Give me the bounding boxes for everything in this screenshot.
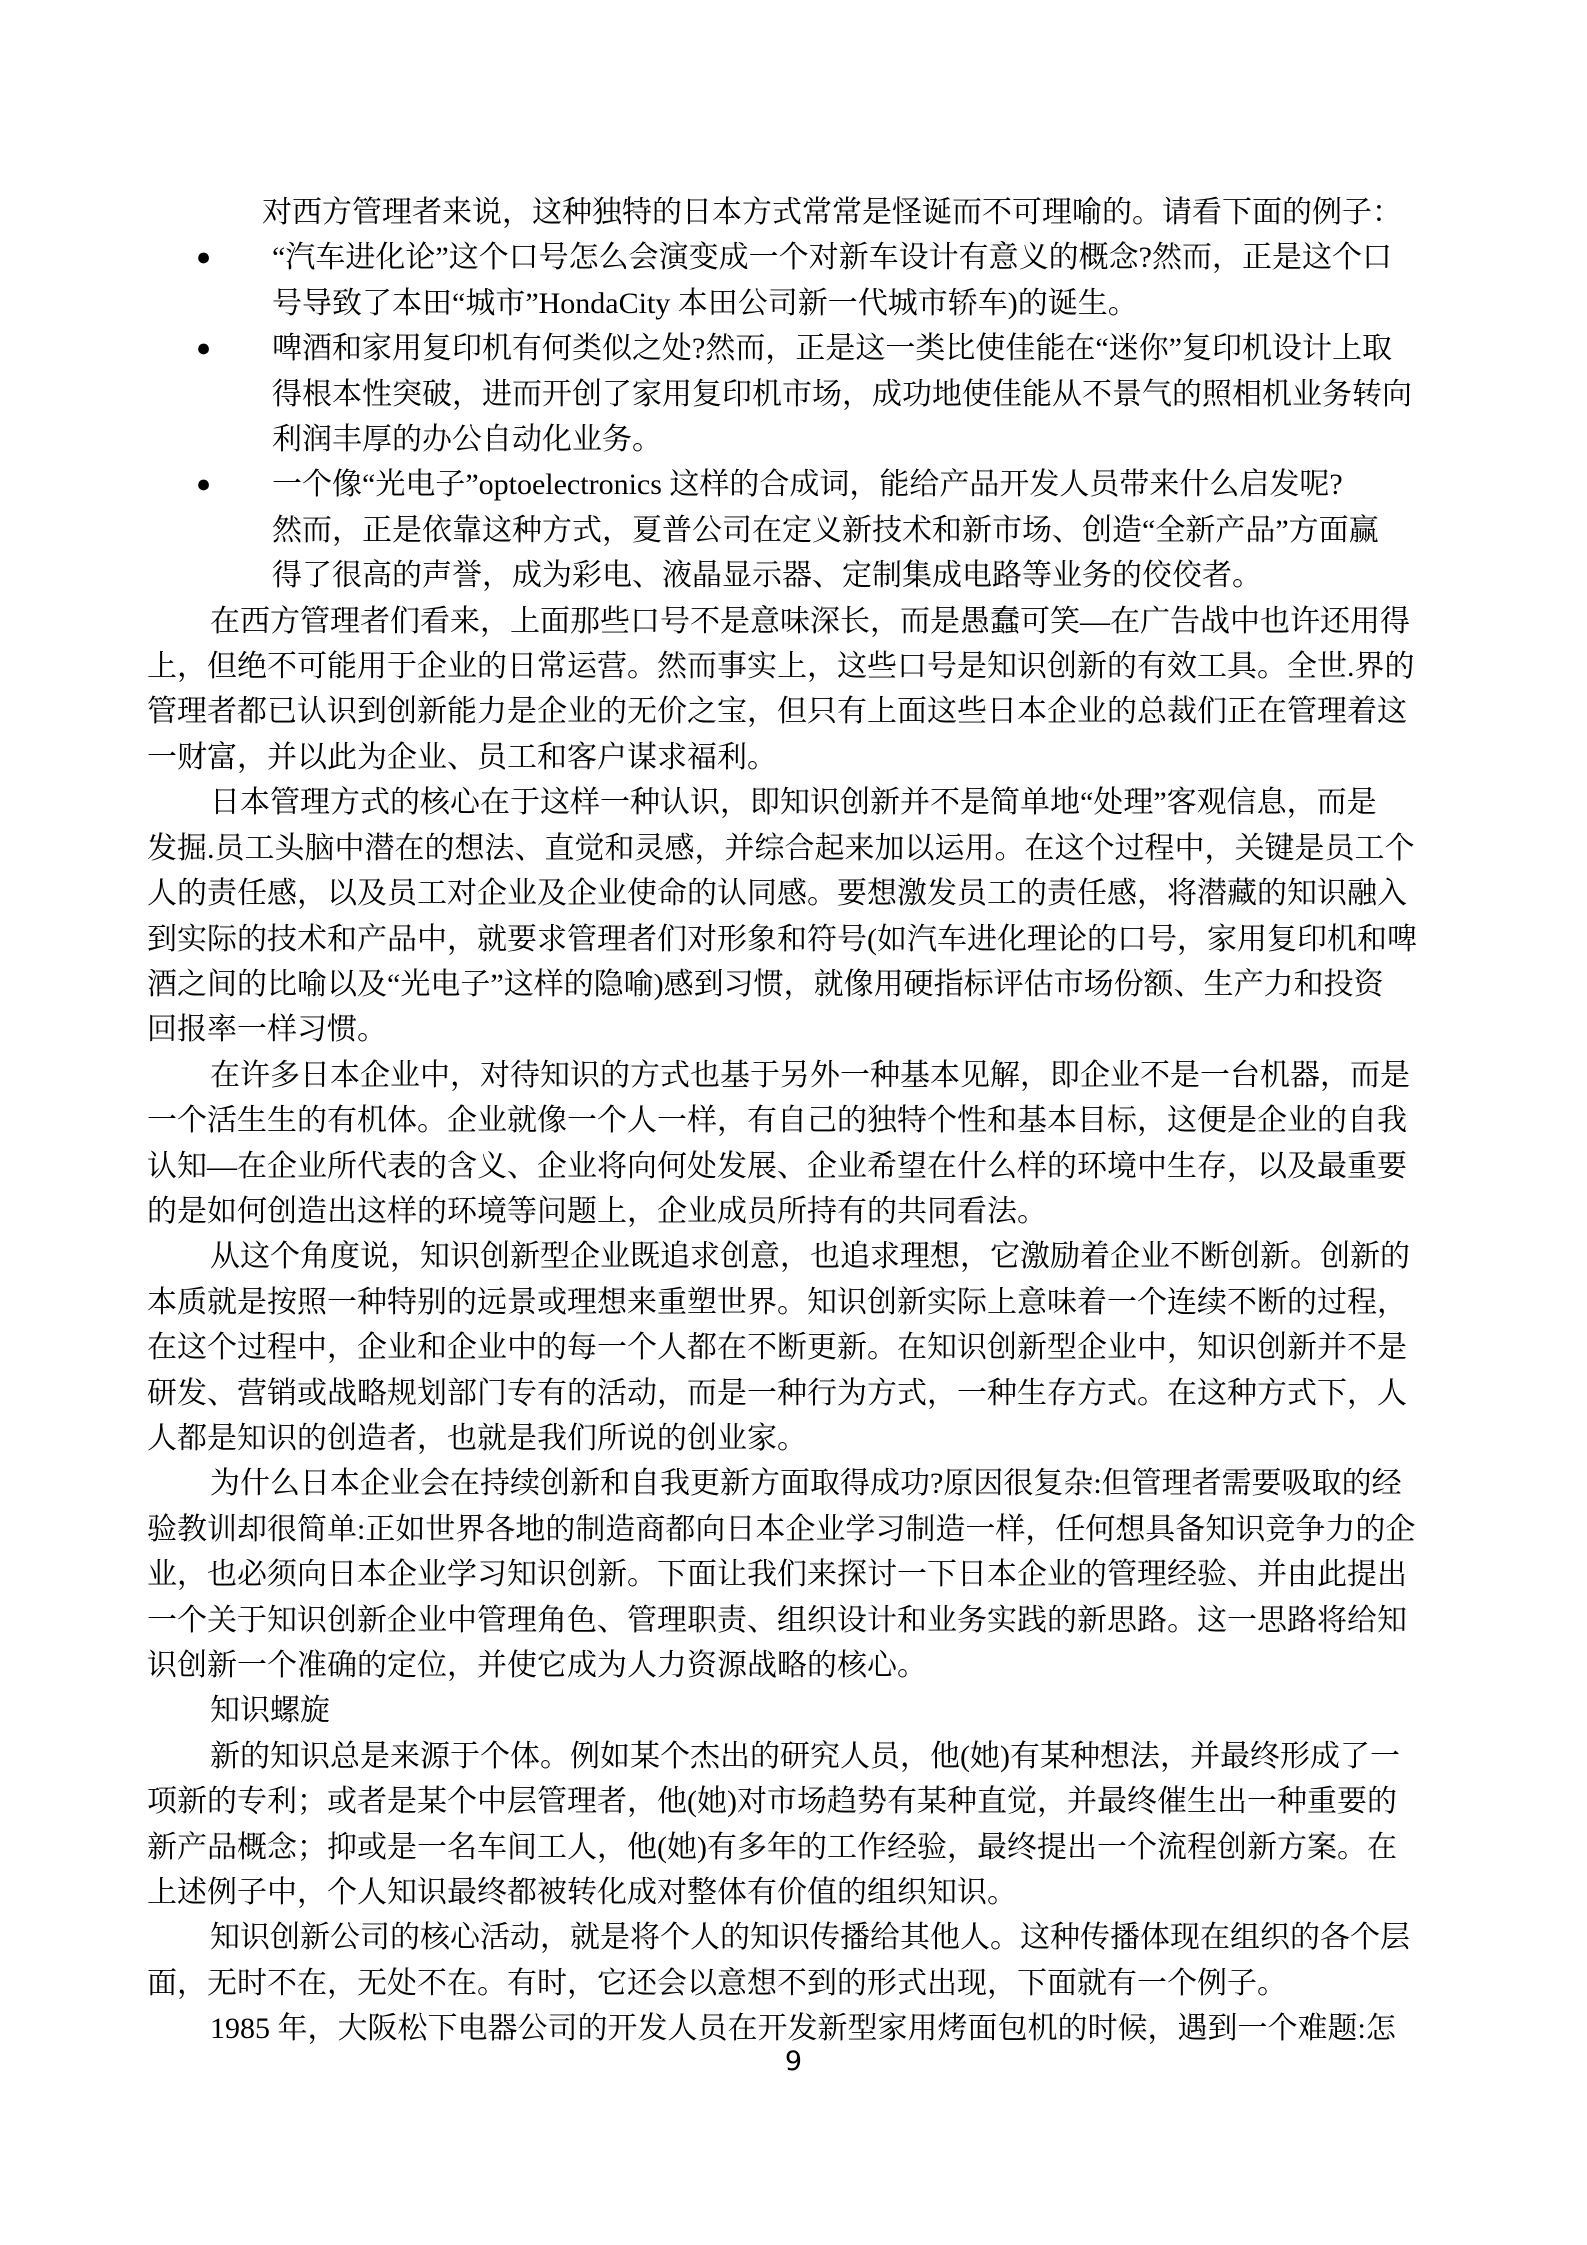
bullet-text-line: ●一个像“光电子”optoelectronics 这样的合成词，能给产品开发人员… <box>147 462 1477 507</box>
text-line: 到实际的技术和产品中，就要求管理者们对形象和符号(如汽车进化理论的口号，家用复印… <box>147 917 1477 962</box>
text-line: 业，也必须向日本企业学习知识创新。下面让我们来探讨一下日本企业的管理经验、并由此… <box>147 1552 1477 1597</box>
line-text: 一财富，并以此为企业、员工和客户谋求福利。 <box>147 741 777 774</box>
text-line: 在西方管理者们看来，上面那些口号不是意味深长，而是愚蠢可笑—在广告战中也许还用得 <box>147 599 1477 644</box>
line-text: 啤酒和家用复印机有何类似之处?然而，正是这一类比使佳能在“迷你”复印机设计上取 <box>272 332 1392 365</box>
text-line: 从这个角度说，知识创新型企业既追求创意，也追求理想，它激励着企业不断创新。创新的 <box>147 1234 1477 1279</box>
text-line: 一个关于知识创新企业中管理角色、管理职责、组织设计和业务实践的新思路。这一思路将… <box>147 1598 1477 1643</box>
bullet-text-line: ●“汽车进化论”这个口号怎么会演变成一个对新车设计有意义的概念?然而，正是这个口 <box>147 235 1477 280</box>
line-text: 本质就是按照一种特别的远景或理想来重塑世界。知识创新实际上意味着一个连续不断的过… <box>147 1286 1407 1319</box>
page-body-text: 对西方管理者来说，这种独特的日本方式常常是怪诞而不可理喻的。请看下面的例子：●“… <box>147 190 1477 2052</box>
line-text: 研发、营销或战略规划部门专有的活动，而是一种行为方式，一种生存方式。在这种方式下… <box>147 1377 1407 1410</box>
text-line: 研发、营销或战略规划部门专有的活动，而是一种行为方式，一种生存方式。在这种方式下… <box>147 1371 1477 1416</box>
text-line: 人的责任感，以及员工对企业及企业使命的认同感。要想激发员工的责任感，将潜藏的知识… <box>147 871 1477 916</box>
bullet-text-line: ●啤酒和家用复印机有何类似之处?然而，正是这一类比使佳能在“迷你”复印机设计上取 <box>147 326 1477 371</box>
line-text: 认知—在企业所代表的含义、企业将向何处发展、企业希望在什么样的环境中生存，以及最… <box>147 1150 1407 1183</box>
text-line: 上，但绝不可能用于企业的日常运营。然而事实上，这些口号是知识创新的有效工具。全世… <box>147 644 1477 689</box>
line-text: 管理者都已认识到创新能力是企业的无价之宝，但只有上面这些日本企业的总裁们正在管理… <box>147 695 1407 728</box>
bullet-icon: ● <box>196 462 211 507</box>
line-text: 然而，正是依靠这种方式，夏普公司在定义新技术和新市场、创造“全新产品”方面赢 <box>272 514 1379 547</box>
line-text: 识创新一个准确的定位，并使它成为人力资源战略的核心。 <box>147 1649 927 1682</box>
line-text: 日本管理方式的核心在于这样一种认识，即知识创新并不是简单地“处理”客观信息，而是 <box>210 786 1377 819</box>
text-line: 对西方管理者来说，这种独特的日本方式常常是怪诞而不可理喻的。请看下面的例子： <box>147 190 1477 235</box>
line-text: 在这个过程中，企业和企业中的每一个人都在不断更新。在知识创新型企业中，知识创新并… <box>147 1331 1407 1364</box>
line-text: 回报率一样习惯。 <box>147 1013 387 1046</box>
bullet-text-line: 号导致了本田“城市”HondaCity 本田公司新一代城市轿车)的诞生。 <box>147 281 1477 326</box>
line-text: 新产品概念；抑或是一名车间工人，他(她)有多年的工作经验，最终提出一个流程创新方… <box>147 1831 1397 1864</box>
line-text: 得根本性突破，进而开创了家用复印机市场，成功地使佳能从不景气的照相机业务转向 <box>272 378 1412 411</box>
line-text: 发掘.员工头脑中潜在的想法、直觉和灵感，并综合起来加以运用。在这个过程中，关键是… <box>147 832 1415 865</box>
text-line: 为什么日本企业会在持续创新和自我更新方面取得成功?原因很复杂:但管理者需要吸取的… <box>147 1461 1477 1506</box>
line-text: 知识螺旋 <box>210 1694 330 1727</box>
bullet-text-line: 得根本性突破，进而开创了家用复印机市场，成功地使佳能从不景气的照相机业务转向 <box>147 372 1477 417</box>
text-line: 项新的专利；或者是某个中层管理者，他(她)对市场趋势有某种直觉，并最终催生出一种… <box>147 1779 1477 1824</box>
text-line: 日本管理方式的核心在于这样一种认识，即知识创新并不是简单地“处理”客观信息，而是 <box>147 780 1477 825</box>
page-number: 9 <box>0 2046 1587 2078</box>
line-text: “汽车进化论”这个口号怎么会演变成一个对新车设计有意义的概念?然而，正是这个口 <box>272 241 1392 274</box>
text-line: 的是如何创造出这样的环境等问题上，企业成员所持有的共同看法。 <box>147 1189 1477 1234</box>
line-text: 酒之间的比喻以及“光电子”这样的隐喻)感到习惯，就像用硬指标评估市场份额、生产力… <box>147 968 1384 1001</box>
line-text: 项新的专利；或者是某个中层管理者，他(她)对市场趋势有某种直觉，并最终催生出一种… <box>147 1785 1397 1818</box>
line-text: 一个关于知识创新企业中管理角色、管理职责、组织设计和业务实践的新思路。这一思路将… <box>147 1604 1407 1637</box>
text-line: 一财富，并以此为企业、员工和客户谋求福利。 <box>147 735 1477 780</box>
document-page: 对西方管理者来说，这种独特的日本方式常常是怪诞而不可理喻的。请看下面的例子：●“… <box>0 0 1587 2245</box>
line-text: 对西方管理者来说，这种独特的日本方式常常是怪诞而不可理喻的。请看下面的例子： <box>262 196 1402 229</box>
line-text: 到实际的技术和产品中，就要求管理者们对形象和符号(如汽车进化理论的口号，家用复印… <box>147 923 1417 956</box>
line-text: 一个像“光电子”optoelectronics 这样的合成词，能给产品开发人员带… <box>272 468 1343 501</box>
bullet-icon: ● <box>196 235 211 280</box>
text-line: 人都是知识的创造者，也就是我们所说的创业家。 <box>147 1416 1477 1461</box>
text-line: 回报率一样习惯。 <box>147 1007 1477 1052</box>
text-line: 在许多日本企业中，对待知识的方式也基于另外一种基本见解，即企业不是一台机器，而是 <box>147 1053 1477 1098</box>
line-text: 在许多日本企业中，对待知识的方式也基于另外一种基本见解，即企业不是一台机器，而是 <box>210 1059 1410 1092</box>
text-line: 新的知识总是来源于个体。例如某个杰出的研究人员，他(她)有某种想法，并最终形成了… <box>147 1734 1477 1779</box>
text-line: 认知—在企业所代表的含义、企业将向何处发展、企业希望在什么样的环境中生存，以及最… <box>147 1144 1477 1189</box>
line-text: 得了很高的声誉，成为彩电、液晶显示器、定制集成电路等业务的佼佼者。 <box>272 559 1262 592</box>
line-text: 的是如何创造出这样的环境等问题上，企业成员所持有的共同看法。 <box>147 1195 1047 1228</box>
text-line: 知识创新公司的核心活动，就是将个人的知识传播给其他人。这种传播体现在组织的各个层 <box>147 1915 1477 1960</box>
bullet-text-line: 然而，正是依靠这种方式，夏普公司在定义新技术和新市场、创造“全新产品”方面赢 <box>147 508 1477 553</box>
text-line: 上述例子中，个人知识最终都被转化成对整体有价值的组织知识。 <box>147 1870 1477 1915</box>
text-line: 发掘.员工头脑中潜在的想法、直觉和灵感，并综合起来加以运用。在这个过程中，关键是… <box>147 826 1477 871</box>
text-line: 1985 年，大阪松下电器公司的开发人员在开发新型家用烤面包机的时候，遇到一个难… <box>147 2006 1477 2051</box>
bullet-text-line: 得了很高的声誉，成为彩电、液晶显示器、定制集成电路等业务的佼佼者。 <box>147 553 1477 598</box>
text-line: 酒之间的比喻以及“光电子”这样的隐喻)感到习惯，就像用硬指标评估市场份额、生产力… <box>147 962 1477 1007</box>
text-line: 在这个过程中，企业和企业中的每一个人都在不断更新。在知识创新型企业中，知识创新并… <box>147 1325 1477 1370</box>
text-line: 本质就是按照一种特别的远景或理想来重塑世界。知识创新实际上意味着一个连续不断的过… <box>147 1280 1477 1325</box>
line-text: 业，也必须向日本企业学习知识创新。下面让我们来探讨一下日本企业的管理经验、并由此… <box>147 1558 1407 1591</box>
line-text: 面，无时不在，无处不在。有时，它还会以意想不到的形式出现，下面就有一个例子。 <box>147 1967 1287 2000</box>
text-line: 新产品概念；抑或是一名车间工人，他(她)有多年的工作经验，最终提出一个流程创新方… <box>147 1825 1477 1870</box>
line-text: 知识创新公司的核心活动，就是将个人的知识传播给其他人。这种传播体现在组织的各个层 <box>210 1921 1410 1954</box>
line-text: 上述例子中，个人知识最终都被转化成对整体有价值的组织知识。 <box>147 1876 1017 1909</box>
line-text: 在西方管理者们看来，上面那些口号不是意味深长，而是愚蠢可笑—在广告战中也许还用得 <box>210 605 1410 638</box>
line-text: 人都是知识的创造者，也就是我们所说的创业家。 <box>147 1422 807 1455</box>
text-line: 面，无时不在，无处不在。有时，它还会以意想不到的形式出现，下面就有一个例子。 <box>147 1961 1477 2006</box>
line-text: 新的知识总是来源于个体。例如某个杰出的研究人员，他(她)有某种想法，并最终形成了… <box>210 1740 1400 1773</box>
line-text: 为什么日本企业会在持续创新和自我更新方面取得成功?原因很复杂:但管理者需要吸取的… <box>210 1467 1402 1500</box>
text-line: 识创新一个准确的定位，并使它成为人力资源战略的核心。 <box>147 1643 1477 1688</box>
bullet-icon: ● <box>196 326 211 371</box>
line-text: 号导致了本田“城市”HondaCity 本田公司新一代城市轿车)的诞生。 <box>272 287 1138 320</box>
bullet-text-line: 利润丰厚的办公自动化业务。 <box>147 417 1477 462</box>
line-text: 从这个角度说，知识创新型企业既追求创意，也追求理想，它激励着企业不断创新。创新的 <box>210 1240 1410 1273</box>
text-line: 管理者都已认识到创新能力是企业的无价之宝，但只有上面这些日本企业的总裁们正在管理… <box>147 689 1477 734</box>
line-text: 上，但绝不可能用于企业的日常运营。然而事实上，这些口号是知识创新的有效工具。全世… <box>147 650 1415 683</box>
line-text: 人的责任感，以及员工对企业及企业使命的认同感。要想激发员工的责任感，将潜藏的知识… <box>147 877 1407 910</box>
line-text: 利润丰厚的办公自动化业务。 <box>272 423 662 456</box>
line-text: 一个活生生的有机体。企业就像一个人一样，有自己的独特个性和基本目标，这便是企业的… <box>147 1104 1407 1137</box>
text-line: 验教训却很简单:正如世界各地的制造商都向日本企业学习制造一样，任何想具备知识竞争… <box>147 1507 1477 1552</box>
text-line: 知识螺旋 <box>147 1688 1477 1733</box>
line-text: 验教训却很简单:正如世界各地的制造商都向日本企业学习制造一样，任何想具备知识竞争… <box>147 1513 1415 1546</box>
text-line: 一个活生生的有机体。企业就像一个人一样，有自己的独特个性和基本目标，这便是企业的… <box>147 1098 1477 1143</box>
line-text: 1985 年，大阪松下电器公司的开发人员在开发新型家用烤面包机的时候，遇到一个难… <box>210 2012 1396 2045</box>
